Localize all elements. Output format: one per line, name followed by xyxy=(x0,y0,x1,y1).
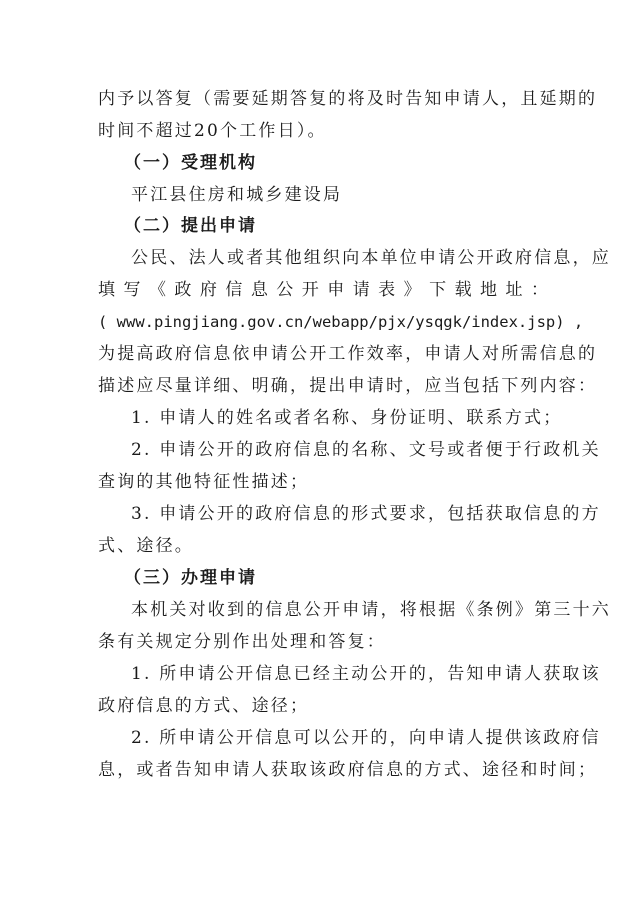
document-page: 内予以答复（需要延期答复的将及时告知申请人，且延期的 时间不超过20个工作日）。… xyxy=(0,0,635,898)
paragraph-line: 本机关对收到的信息公开申请，将根据《条例》第三十六 xyxy=(131,599,548,621)
list-item: 1. 所申请公开信息已经主动公开的，告知申请人获取该 xyxy=(131,663,548,685)
section-heading-1: （一）受理机构 xyxy=(124,152,574,174)
paragraph-line: 描述应尽量详细、明确，提出申请时，应当包括下列内容： xyxy=(98,375,548,397)
paragraph-line: 条有关规定分别作出处理和答复： xyxy=(98,631,548,653)
paragraph-line: 政府信息的方式、途径； xyxy=(98,695,548,717)
section-heading-2: （二）提出申请 xyxy=(124,215,574,237)
paragraph-line: 内予以答复（需要延期答复的将及时告知申请人，且延期的 xyxy=(98,88,548,110)
paragraph-line: 查询的其他特征性描述； xyxy=(98,471,548,493)
paragraph-line: 息，或者告知申请人获取该政府信息的方式、途径和时间； xyxy=(98,759,548,781)
list-item: 2. 所申请公开信息可以公开的，向申请人提供该政府信 xyxy=(131,727,548,749)
paragraph-line: 为提高政府信息依申请公开工作效率，申请人对所需信息的 xyxy=(98,343,548,365)
paragraph-line: 时间不超过20个工作日）。 xyxy=(98,120,548,142)
download-url[interactable]: ( www.pingjiang.gov.cn/webapp/pjx/ysqgk/… xyxy=(98,311,548,333)
paragraph-line: 公民、法人或者其他组织向本单位申请公开政府信息，应 xyxy=(131,247,548,269)
paragraph-line: 填写《政府信息公开申请表》下载地址： xyxy=(98,279,548,301)
paragraph-line: 平江县住房和城乡建设局 xyxy=(131,184,548,206)
paragraph-line: 式、途径。 xyxy=(98,535,548,557)
list-item: 3. 申请公开的政府信息的形式要求，包括获取信息的方 xyxy=(131,503,548,525)
list-item: 1. 申请人的姓名或者名称、身份证明、联系方式； xyxy=(131,407,548,429)
list-item: 2. 申请公开的政府信息的名称、文号或者便于行政机关 xyxy=(131,439,548,461)
section-heading-3: （三）办理申请 xyxy=(124,567,574,589)
